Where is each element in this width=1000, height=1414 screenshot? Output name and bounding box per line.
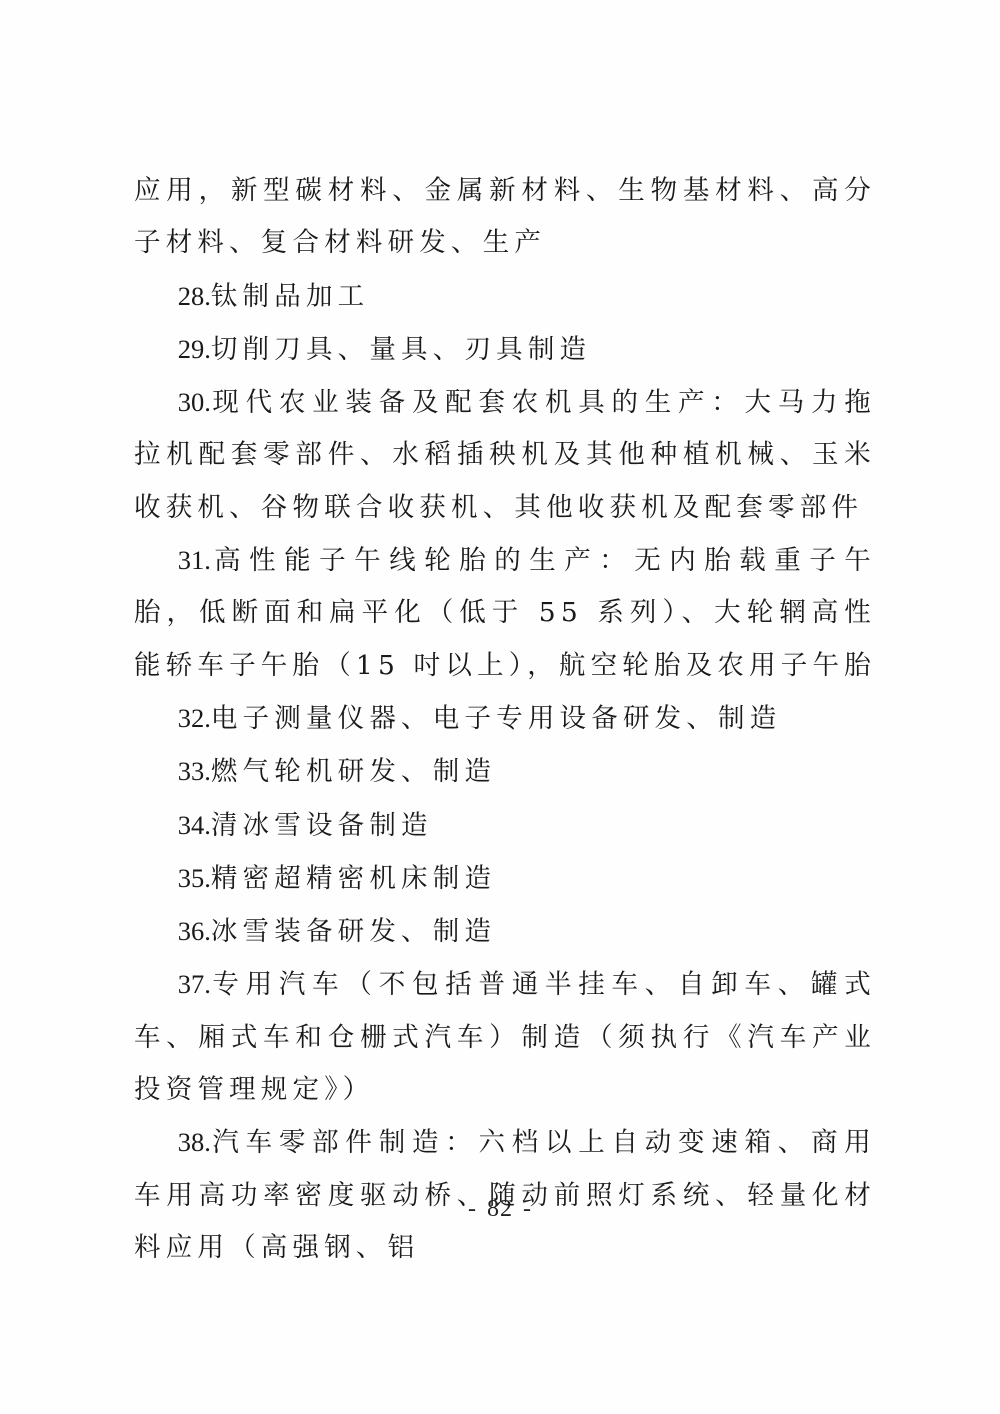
list-item-31: 31.高性能子午线轮胎的生产：无内胎载重子午胎，低断面和扁平化（低于 55 系列…: [134, 534, 876, 692]
item-number: 34.: [178, 810, 211, 840]
list-item-29: 29.切削刀具、量具、刃具制造: [134, 323, 876, 376]
item-number: 28.: [178, 281, 211, 311]
list-item-35: 35.精密超精密机床制造: [134, 852, 876, 905]
list-item-34: 34.清冰雪设备制造: [134, 799, 876, 852]
item-text: 冰雪装备研发、制造: [211, 916, 496, 947]
footer-dash-right: -: [523, 1196, 532, 1223]
list-item-37: 37.专用汽车（不包括普通半挂车、自卸车、罐式车、厢式车和仓栅式汽车）制造（须执…: [134, 958, 876, 1116]
item-number: 29.: [178, 334, 211, 364]
item-text: 精密超精密机床制造: [211, 863, 496, 894]
document-page: 应用，新型碳材料、金属新材料、生物基材料、高分子材料、复合材料研发、生产 28.…: [0, 0, 1000, 1414]
item-number: 38.: [178, 1127, 211, 1157]
document-body: 应用，新型碳材料、金属新材料、生物基材料、高分子材料、复合材料研发、生产 28.…: [134, 165, 876, 1274]
item-text: 燃气轮机研发、制造: [211, 756, 496, 787]
item-number: 36.: [178, 916, 211, 946]
item-text: 电子测量仪器、电子专用设备研发、制造: [211, 703, 782, 734]
item-text: 现代农业装备及配套农机具的生产：大马力拖拉机配套零部件、水稻插秧机及其他种植机械…: [134, 387, 876, 523]
item-text: 清冰雪设备制造: [211, 810, 433, 841]
page-footer: -82-: [0, 1196, 1000, 1223]
list-item-28: 28.钛制品加工: [134, 270, 876, 323]
item-number: 31.: [178, 545, 211, 575]
item-number: 37.: [178, 969, 211, 999]
item-number: 30.: [178, 387, 211, 417]
item-text: 高性能子午线轮胎的生产：无内胎载重子午胎，低断面和扁平化（低于 55 系列）、大…: [134, 545, 876, 681]
item-number: 32.: [178, 703, 211, 733]
list-item-33: 33.燃气轮机研发、制造: [134, 745, 876, 798]
item-text: 专用汽车（不包括普通半挂车、自卸车、罐式车、厢式车和仓栅式汽车）制造（须执行《汽…: [134, 969, 876, 1105]
page-number: 82: [487, 1196, 513, 1222]
paragraph-continuation: 应用，新型碳材料、金属新材料、生物基材料、高分子材料、复合材料研发、生产: [134, 165, 876, 270]
list-item-36: 36.冰雪装备研发、制造: [134, 905, 876, 958]
list-item-32: 32.电子测量仪器、电子专用设备研发、制造: [134, 692, 876, 745]
item-number: 35.: [178, 863, 211, 893]
paragraph-text: 应用，新型碳材料、金属新材料、生物基材料、高分子材料、复合材料研发、生产: [134, 175, 876, 258]
item-number: 33.: [178, 756, 211, 786]
item-text: 切削刀具、量具、刃具制造: [211, 334, 591, 365]
item-text: 钛制品加工: [211, 281, 370, 312]
list-item-30: 30.现代农业装备及配套农机具的生产：大马力拖拉机配套零部件、水稻插秧机及其他种…: [134, 376, 876, 534]
footer-dash-left: -: [468, 1196, 477, 1223]
